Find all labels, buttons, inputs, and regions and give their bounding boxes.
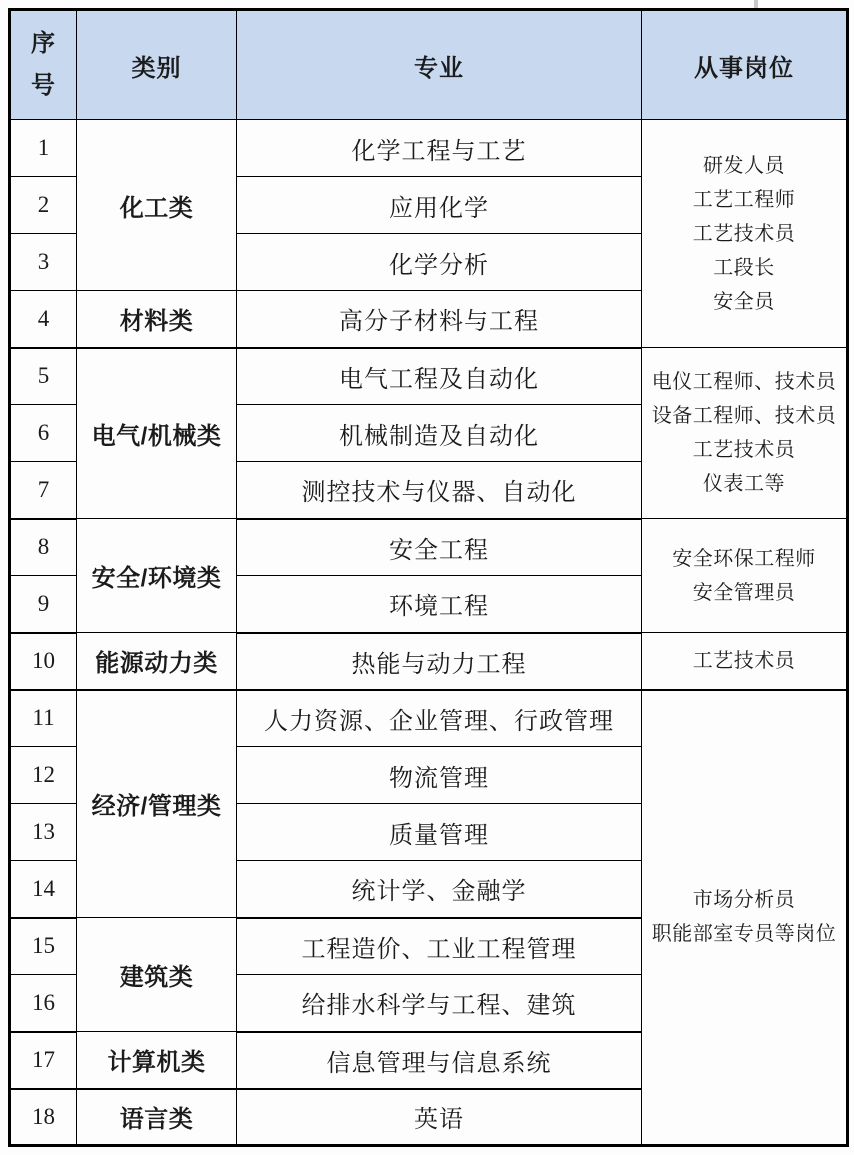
row-no-cell: 8 bbox=[10, 519, 77, 576]
major-cell: 质量管理 bbox=[237, 804, 642, 861]
category-cell: 材料类 bbox=[77, 291, 237, 348]
major-cell: 化学工程与工艺 bbox=[237, 120, 642, 177]
row-no-cell: 4 bbox=[10, 291, 77, 348]
row-no-cell: 14 bbox=[10, 861, 77, 918]
row-no-cell: 5 bbox=[10, 348, 77, 405]
table-row: 10 能源动力类 热能与动力工程 工艺技术员 bbox=[10, 633, 848, 690]
major-cell: 统计学、金融学 bbox=[237, 861, 642, 918]
row-no-cell: 6 bbox=[10, 405, 77, 462]
position-cell: 市场分析员 职能部室专员等岗位 bbox=[642, 690, 848, 1146]
major-cell: 物流管理 bbox=[237, 747, 642, 804]
major-cell: 测控技术与仪器、自动化 bbox=[237, 462, 642, 519]
row-no-cell: 13 bbox=[10, 804, 77, 861]
category-cell: 计算机类 bbox=[77, 1032, 237, 1089]
category-cell: 安全/环境类 bbox=[77, 519, 237, 633]
category-cell: 建筑类 bbox=[77, 918, 237, 1032]
category-cell: 能源动力类 bbox=[77, 633, 237, 690]
major-cell: 信息管理与信息系统 bbox=[237, 1032, 642, 1089]
row-no-cell: 7 bbox=[10, 462, 77, 519]
major-cell: 应用化学 bbox=[237, 177, 642, 234]
table-row: 8 安全/环境类 安全工程 安全环保工程师 安全管理员 bbox=[10, 519, 848, 576]
row-no-cell: 3 bbox=[10, 234, 77, 291]
row-no-cell: 2 bbox=[10, 177, 77, 234]
row-no-cell: 10 bbox=[10, 633, 77, 690]
header-position: 从事岗位 bbox=[642, 10, 848, 120]
category-cell: 经济/管理类 bbox=[77, 690, 237, 918]
header-no: 序号 bbox=[10, 10, 77, 120]
position-cell: 研发人员 工艺工程师 工艺技术员 工段长 安全员 bbox=[642, 120, 848, 348]
major-cell: 化学分析 bbox=[237, 234, 642, 291]
table-row: 5 电气/机械类 电气工程及自动化 电仪工程师、技术员 设备工程师、技术员 工艺… bbox=[10, 348, 848, 405]
header-no-label: 序号 bbox=[30, 23, 56, 107]
row-no-cell: 17 bbox=[10, 1032, 77, 1089]
header-category: 类别 bbox=[77, 10, 237, 120]
position-cell: 工艺技术员 bbox=[642, 633, 848, 690]
major-cell: 环境工程 bbox=[237, 576, 642, 633]
row-no-cell: 18 bbox=[10, 1089, 77, 1146]
row-no-cell: 15 bbox=[10, 918, 77, 975]
major-cell: 给排水科学与工程、建筑 bbox=[237, 975, 642, 1032]
header-major: 专业 bbox=[237, 10, 642, 120]
table-row: 1 化工类 化学工程与工艺 研发人员 工艺工程师 工艺技术员 工段长 安全员 bbox=[10, 120, 848, 177]
row-no-cell: 1 bbox=[10, 120, 77, 177]
major-cell: 安全工程 bbox=[237, 519, 642, 576]
row-no-cell: 11 bbox=[10, 690, 77, 747]
table-row: 11 经济/管理类 人力资源、企业管理、行政管理 市场分析员 职能部室专员等岗位 bbox=[10, 690, 848, 747]
row-no-cell: 9 bbox=[10, 576, 77, 633]
major-cell: 人力资源、企业管理、行政管理 bbox=[237, 690, 642, 747]
row-no-cell: 12 bbox=[10, 747, 77, 804]
major-cell: 高分子材料与工程 bbox=[237, 291, 642, 348]
category-cell: 电气/机械类 bbox=[77, 348, 237, 519]
header-row: 序号 类别 专业 从事岗位 bbox=[10, 10, 848, 120]
position-cell: 电仪工程师、技术员 设备工程师、技术员 工艺技术员 仪表工等 bbox=[642, 348, 848, 519]
major-cell: 英语 bbox=[237, 1089, 642, 1146]
major-cell: 工程造价、工业工程管理 bbox=[237, 918, 642, 975]
category-cell: 化工类 bbox=[77, 120, 237, 291]
major-cell: 电气工程及自动化 bbox=[237, 348, 642, 405]
recruitment-majors-table: 序号 类别 专业 从事岗位 1 化工类 化学工程与工艺 研发人员 工艺工程师 工… bbox=[8, 8, 849, 1147]
row-no-cell: 16 bbox=[10, 975, 77, 1032]
position-cell: 安全环保工程师 安全管理员 bbox=[642, 519, 848, 633]
major-cell: 热能与动力工程 bbox=[237, 633, 642, 690]
major-cell: 机械制造及自动化 bbox=[237, 405, 642, 462]
category-cell: 语言类 bbox=[77, 1089, 237, 1146]
